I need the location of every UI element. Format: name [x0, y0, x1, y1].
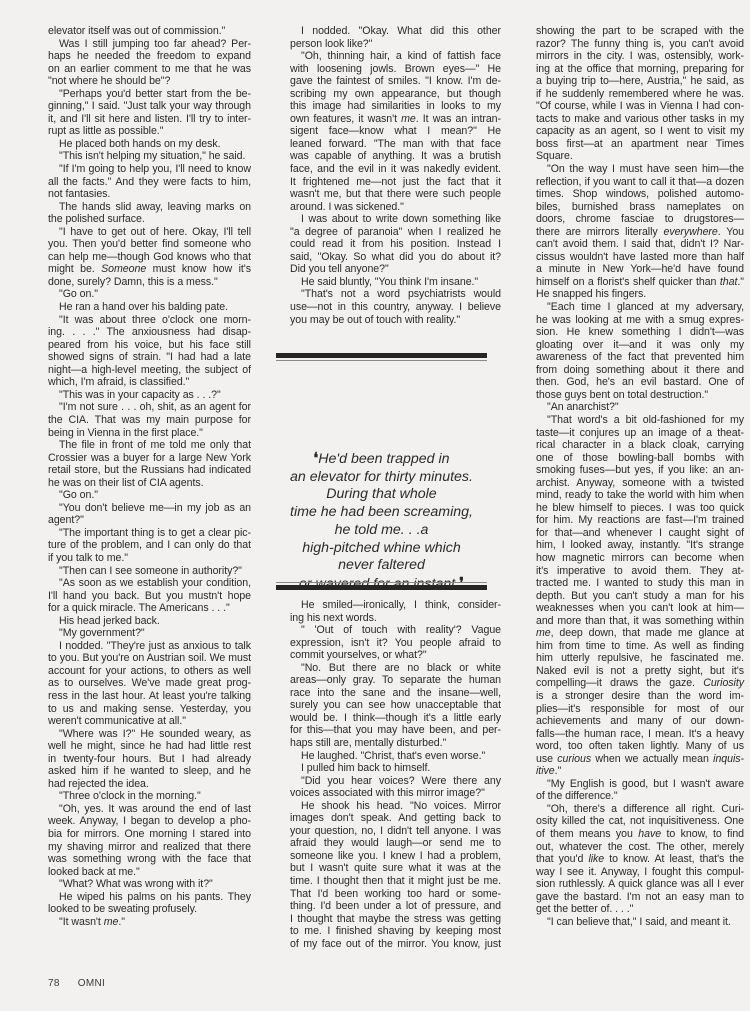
text-line: It frightened me—not just the fact that … — [290, 176, 501, 189]
text-line: asked him if he wanted to sleep, and he — [48, 765, 251, 778]
text-line: week. Anyway, I began to develop a pho- — [48, 815, 251, 828]
text-column-right: showing the part to be scraped with ther… — [536, 25, 744, 928]
text-line: biles, burnished brass nameplates on — [536, 201, 744, 214]
text-line: rupt as little as possible." — [48, 125, 251, 138]
magazine-page: elevator itself was out of commission."W… — [0, 0, 750, 1011]
text-line: to us and making sense. Yesterday, you — [48, 703, 251, 716]
text-line: looked to be sweating profusely. — [48, 903, 251, 916]
text-line: not fantasies. — [48, 188, 251, 201]
text-line: rical character in a black cloak, carryi… — [536, 439, 744, 452]
text-line: He placed both hands on my desk. — [48, 138, 251, 151]
text-line: in twenty-four hours. But I had already — [48, 753, 251, 766]
text-line: Naked evil is not a pretty sight, but it… — [536, 665, 744, 678]
text-line: from doing something about it there and — [536, 364, 744, 377]
text-line: account for your actions, to others as w… — [48, 665, 251, 678]
text-line: capacity as an agent, so I went to visit… — [536, 125, 744, 138]
text-line: ress in the last hour. At least you're t… — [48, 690, 251, 703]
text-line: scribing my own appearance, but though — [290, 88, 501, 101]
text-line: ginning," I said. "Just talk your way th… — [48, 100, 251, 113]
text-line: he blew himself to pieces. I was too qui… — [536, 502, 744, 515]
text-line: mirrors in the city. I was, ostensibly, … — [536, 50, 744, 63]
text-line: "That word's a bit old-fashioned for my — [536, 414, 744, 427]
text-line: I pulled him back to himself. — [290, 762, 501, 775]
text-line: "Of course, while I was in Vienna I had … — [536, 100, 744, 113]
text-line: himself on a florist's shelf quicker tha… — [536, 276, 744, 289]
text-line: expression, isn't it? You people afraid … — [290, 637, 501, 650]
text-line: ture of the problem, and I can only do t… — [48, 539, 251, 552]
text-line: "What? What was wrong with it?" — [48, 878, 251, 891]
text-line: face, and the evil in it was nakedly evi… — [290, 163, 501, 176]
pull-quote-line: an elevator for thirty minutes. — [268, 469, 495, 487]
text-line: own features, it wasn't me. It was an in… — [290, 113, 501, 126]
text-line: race into the sane and the insane—well, — [290, 687, 501, 700]
text-line: "If I'm going to help you, I'll need to … — [48, 163, 251, 176]
text-line: "Oh, yes. It was around the end of last — [48, 803, 251, 816]
text-line: to me. I finished shaving by keeping mos… — [290, 925, 501, 938]
text-line: osity killed the cat, not inquisitivenes… — [536, 815, 744, 828]
text-line: " 'Out of touch with reality'? Vague — [290, 624, 501, 637]
text-line: sion. He knew something I didn't—was — [536, 326, 744, 339]
text-line: done, surely? Damn, this is a mess." — [48, 276, 251, 289]
text-line: He said bluntly, "You think I'm insane." — [290, 276, 501, 289]
text-line: your question, no, I didn't tell anyone.… — [290, 825, 501, 838]
text-line: weaknesses when you can't look at him— — [536, 602, 744, 615]
text-line: Was I still jumping too far ahead? Per- — [48, 38, 251, 51]
text-line: He laughed. "Christ, that's even worse." — [290, 750, 501, 763]
text-line: for this—that you may have been, and per… — [290, 724, 501, 737]
text-line: around. I was sickened." — [290, 201, 501, 214]
text-line: there are mirrors literally everywhere. … — [536, 226, 744, 239]
text-line: His head jerked back. — [48, 615, 251, 628]
text-line: for that—and whenever I caught sight of — [536, 527, 744, 540]
text-line: someone like you. I knew I had a problem… — [290, 850, 501, 863]
text-line: He shook his head. "No voices. Mirror — [290, 800, 501, 813]
text-line: taste—it conjures up an image of a theat… — [536, 427, 744, 440]
text-line: The hands slid away, leaving marks on — [48, 201, 251, 214]
text-line: "The important thing is to get a clear p… — [48, 527, 251, 540]
text-line: he was on their list of CIA agents. — [48, 477, 251, 490]
pull-quote: ❛He'd been trapped in an elevator for th… — [268, 450, 495, 594]
text-line: was something wrong with the face that — [48, 853, 251, 866]
text-line: "It was about three o'clock one morn- — [48, 314, 251, 327]
text-line: I thought that maybe the stress was gett… — [290, 913, 501, 926]
text-line: night—a high-level meeting, the subject … — [48, 364, 251, 377]
text-line: "Oh, there's a difference all right. Cur… — [536, 803, 744, 816]
text-line: afraid they would laugh—or send me to — [290, 837, 501, 850]
pull-quote-top-rule — [276, 353, 487, 358]
text-line: tracted me. I wanted to study this man i… — [536, 577, 744, 590]
text-column-middle-top: I nodded. "Okay. What did this otherpers… — [290, 25, 501, 326]
text-line: I nodded. "Okay. What did this other — [290, 25, 501, 38]
text-line: compelling—it draws the gaze. Curiosity — [536, 677, 744, 690]
text-line: those guys bent on total destruction." — [536, 389, 744, 402]
text-line: "An anarchist?" — [536, 401, 744, 414]
pull-quote-top-hairline — [276, 360, 487, 361]
text-line: "As soon as we establish your condition, — [48, 577, 251, 590]
text-line: would be. I think—though it's a little e… — [290, 712, 501, 725]
text-line: one of those bowling-ball bombs with — [536, 452, 744, 465]
text-line: you. Then you'd better find someone who — [48, 238, 251, 251]
text-line: for a quick miracle. The Americans . . .… — [48, 602, 251, 615]
text-line: smoking fuses—but yes, if you like: an a… — [536, 464, 744, 477]
text-column-middle-bottom: He smiled—ironically, I think, consider-… — [290, 599, 501, 950]
text-line: "Each time I glanced at my adversary, — [536, 301, 744, 314]
text-line: "Three o'clock in the morning." — [48, 790, 251, 803]
text-line: mind, ready to take the world with him w… — [536, 489, 744, 502]
text-line: tacts to make and various other tasks in… — [536, 113, 744, 126]
text-line: "You don't believe me—in my job as an — [48, 502, 251, 515]
text-line: "Where was I?" He sounded weary, as — [48, 728, 251, 741]
text-line: as to ourselves. We've made great prog- — [48, 677, 251, 690]
text-line: way I see it. Anyway, I fought this comp… — [536, 866, 744, 879]
text-line: leaned forward. "The man with that face — [290, 138, 501, 151]
text-line: weren't communicative at all." — [48, 715, 251, 728]
text-line: but I wasn't quite sure what it was at t… — [290, 862, 501, 875]
text-line: this image had similarities in looks to … — [290, 100, 501, 113]
text-line: He smiled—ironically, I think, consider- — [290, 599, 501, 612]
text-line: you may be out of touch with reality." — [290, 314, 501, 327]
text-line: "That's not a word psychiatrists would — [290, 288, 501, 301]
page-folio: 78OMNI — [48, 978, 123, 989]
text-line: "It wasn't me." — [48, 916, 251, 929]
text-line: peared from his voice, but his face stil… — [48, 339, 251, 352]
text-line: "Oh, thinning hair, a kind of fattish fa… — [290, 50, 501, 63]
text-line: I nodded. "They're just as anxious to ta… — [48, 640, 251, 653]
text-line: achievements and many of our down- — [536, 715, 744, 728]
text-line: archist. Anyway, someone with a twisted — [536, 477, 744, 490]
text-line: He wiped his palms on his pants. They — [48, 891, 251, 904]
text-line: ing at the office that morning, preparin… — [536, 63, 744, 76]
text-line: was capable of anything. It was a brutis… — [290, 150, 501, 163]
text-line: "Perhaps you'd better start from the be- — [48, 88, 251, 101]
text-line: of them means you have to know, to find — [536, 828, 744, 841]
text-line: on an earlier comment to me that he was — [48, 63, 251, 76]
magazine-name: OMNI — [78, 978, 105, 989]
text-line: how magnetic mirrors can become when — [536, 552, 744, 565]
text-line: gave the bastard. I'm not an easy man to — [536, 891, 744, 904]
text-line: bia for mirrors. One morning I stared in… — [48, 828, 251, 841]
text-line: That I'd been working too hard or some- — [290, 888, 501, 901]
text-line: thing. I'd been under a lot of pressure,… — [290, 900, 501, 913]
text-line: showing the part to be scraped with the — [536, 25, 744, 38]
text-line: falls—the human race, I mean. It's a hea… — [536, 728, 744, 741]
text-line: agent?" — [48, 514, 251, 527]
pull-quote-line: time he had been screaming, — [268, 504, 495, 522]
text-line: the polished surface. — [48, 213, 251, 226]
text-line: looked back at me." — [48, 866, 251, 879]
text-line: of my face out of the mirror. You know, … — [290, 938, 501, 951]
text-line: gave the faintest of smiles. "I know. I'… — [290, 75, 501, 88]
text-line: images don't speak. And getting back to — [290, 812, 501, 825]
text-line: retail store, but the Russians had indic… — [48, 464, 251, 477]
text-line: might be. Someone must know how it's — [48, 263, 251, 276]
text-line: him utterly repulsive, he fascinated me. — [536, 652, 744, 665]
pull-quote-bottom-hairline — [276, 582, 487, 583]
text-line: with loosening jowls. Brown eyes—" He — [290, 63, 501, 76]
text-line: get the better of. . . ." — [536, 903, 744, 916]
text-line: my shaving mirror and realized that ther… — [48, 841, 251, 854]
text-line: Did you tell anyone?" — [290, 263, 501, 276]
text-line: me, deep down, that made me glance at — [536, 627, 744, 640]
text-line: to you. But you're on Austrian soil. We … — [48, 652, 251, 665]
text-line: him, I looked away, instantly. "It's str… — [536, 539, 744, 552]
text-line: then. God, he's an evil bastard. One of — [536, 376, 744, 389]
text-line: awareness of the fact that prevented him — [536, 351, 744, 364]
text-line: it's imperative to avoid them. They at- — [536, 565, 744, 578]
text-line: and more than that, it was something wit… — [536, 615, 744, 628]
text-line: doors, chrome fasciae to drugstores— — [536, 213, 744, 226]
text-line: all the facts." And they were facts to h… — [48, 176, 251, 189]
text-line: "I'm not sure . . . oh, shit, as an agen… — [48, 401, 251, 414]
text-line: he was looking at me with a smug expres- — [536, 314, 744, 327]
pull-quote-line: During that whole — [268, 486, 495, 504]
text-line: "I can believe that," I said, and meant … — [536, 916, 744, 929]
text-line: areas—only gray. To separate the human — [290, 674, 501, 687]
text-line: commit yourselves, or what?" — [290, 649, 501, 662]
text-line: "not where he should be"? — [48, 75, 251, 88]
text-line: "I have to get out of here. Okay, I'll t… — [48, 226, 251, 239]
text-line: "This was in your capacity as . . .?" — [48, 389, 251, 402]
text-line: if he suddenly remembered where he was. — [536, 88, 744, 101]
text-line: out, whatever the cost. The other, merel… — [536, 841, 744, 854]
text-line: for him. My reactions are fast—I'm train… — [536, 514, 744, 527]
text-line: person look like?" — [290, 38, 501, 51]
text-line: "a degree of paranoia" when I realized h… — [290, 226, 501, 239]
text-line: being in Vienna in the first place." — [48, 427, 251, 440]
text-line: which, I'm afraid, is classified." — [48, 376, 251, 389]
text-line: a minute in New York—he'd have found — [536, 263, 744, 276]
text-line: of the difference." — [536, 790, 744, 803]
text-line: him from time to time. As well as findin… — [536, 640, 744, 653]
text-line: is a stronger desire than the word im- — [536, 690, 744, 703]
pull-quote-line: high-pitched whine which — [268, 540, 495, 558]
text-line: He snapped his fingers. — [536, 288, 744, 301]
text-line: I was about to write down something like — [290, 213, 501, 226]
text-line: depth. But you can't study a man for his — [536, 590, 744, 603]
text-line: could read it from his position. Instead… — [290, 238, 501, 251]
text-line: ing. . . ." The anxiousness had disap- — [48, 326, 251, 339]
text-line: time. I thought then that it might just … — [290, 875, 501, 888]
text-line: use curious when we actually mean inquis… — [536, 753, 744, 766]
text-line: haps still are, mentally disturbed." — [290, 737, 501, 750]
text-line: "My government?" — [48, 627, 251, 640]
text-line: that you'd like to know. At least, that'… — [536, 853, 744, 866]
text-line: He ran a hand over his balding pate. — [48, 301, 251, 314]
text-line: gloating over it—and it was only my — [536, 339, 744, 352]
text-line: elevator itself was out of commission." — [48, 25, 251, 38]
text-line: boss first—at an apartment near Times — [536, 138, 744, 151]
text-line: showed signs of strain. "I had had a lat… — [48, 351, 251, 364]
text-line: Crossier was a buyer for a large New Yor… — [48, 452, 251, 465]
pull-quote-line: never faltered — [268, 557, 495, 575]
text-line: reflection, if you want to call it that—… — [536, 176, 744, 189]
text-line: surely you can see how unacceptable that — [290, 699, 501, 712]
pull-quote-bottom-rule — [276, 585, 487, 590]
text-line: plies—it's responsible for most of our — [536, 703, 744, 716]
text-line: said, "Okay. So what did you do about it… — [290, 251, 501, 264]
text-line: "No. But there are no black or white — [290, 662, 501, 675]
text-line: sion ruthlessly. A quick glance was all … — [536, 878, 744, 891]
text-line: well he might, since he had had little r… — [48, 740, 251, 753]
text-line: a buying trip to—here, Austria," he said… — [536, 75, 744, 88]
text-line: itive." — [536, 765, 744, 778]
page-number: 78 — [48, 978, 60, 989]
text-line: "Go on." — [48, 288, 251, 301]
text-line: The file in front of me told me only tha… — [48, 439, 251, 452]
text-line: "This isn't helping my situation," he sa… — [48, 150, 251, 163]
text-line: "On the way I must have seen him—the — [536, 163, 744, 176]
text-line: "Then can I see someone in authority?" — [48, 565, 251, 578]
text-column-left: elevator itself was out of commission."W… — [48, 25, 251, 928]
text-line: had rejected the idea. — [48, 778, 251, 791]
text-line: use—not in this country, anyway. I belie… — [290, 301, 501, 314]
text-line: I'll hand you back. But you mustn't hope — [48, 590, 251, 603]
text-line: voices associated with this mirror image… — [290, 787, 501, 800]
text-line: the CIA. That was my main purpose for — [48, 414, 251, 427]
text-line: if you talk to me." — [48, 552, 251, 565]
text-line: can help me—though God knows who that — [48, 251, 251, 264]
text-line: "Did you hear voices? Were there any — [290, 775, 501, 788]
text-line: times. Shop windows, polished automo- — [536, 188, 744, 201]
text-line: word, too often taken lightly. Many of u… — [536, 740, 744, 753]
pull-quote-line: he told me. . .a — [268, 522, 495, 540]
text-line: "My English is good, but I wasn't aware — [536, 778, 744, 791]
text-line: razor? The funny thing is, you can't avo… — [536, 38, 744, 51]
text-line: can't avoid them. I said that, didn't I?… — [536, 238, 744, 251]
pull-quote-line: ❛He'd been trapped in — [268, 450, 495, 469]
text-line: sigent face—know what I mean?" He — [290, 125, 501, 138]
text-line: it, and I'll sit here and listen. I'll t… — [48, 113, 251, 126]
text-line: wasn't me, but that there were such peop… — [290, 188, 501, 201]
text-line: Square. — [536, 150, 744, 163]
text-line: cissus wouldn't have lasted more than ha… — [536, 251, 744, 264]
text-line: "Go on." — [48, 489, 251, 502]
text-line: ing his next words. — [290, 612, 501, 625]
text-line: haps he needed the freedom to expand — [48, 50, 251, 63]
